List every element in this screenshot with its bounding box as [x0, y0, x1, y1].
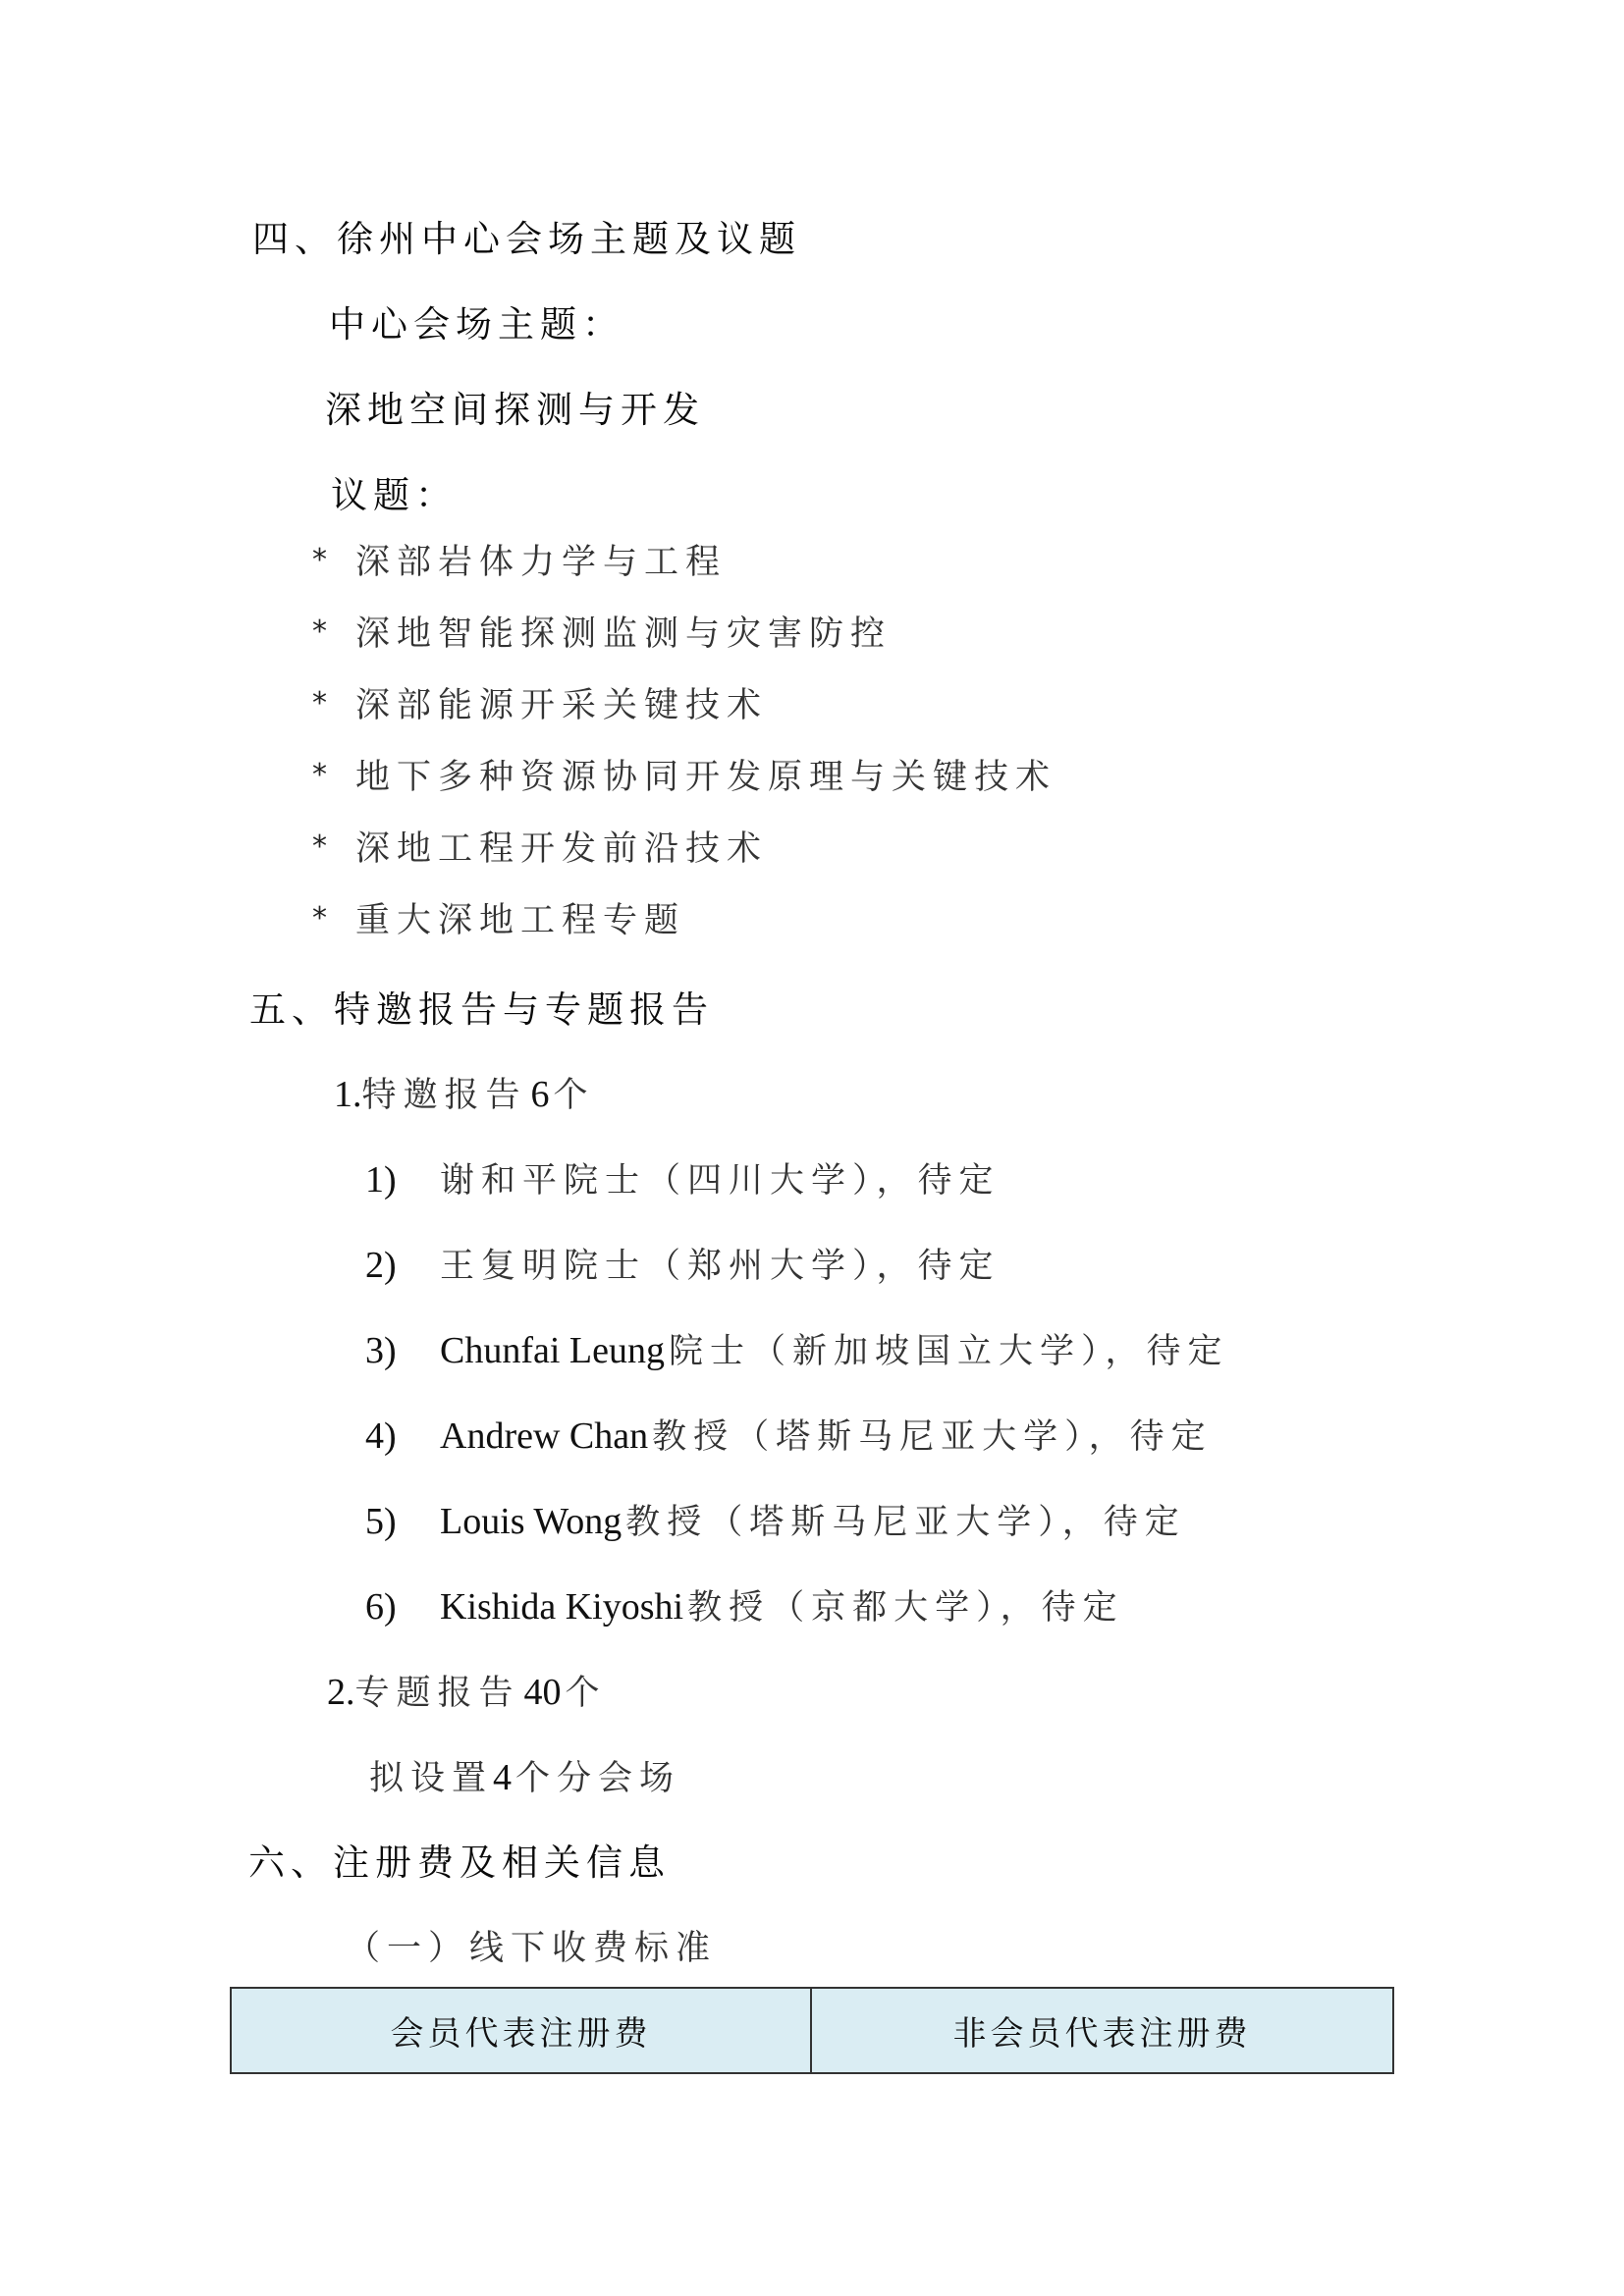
speaker-item: 3)Chunfai Leung 院士（新加坡国立大学），待定: [365, 1332, 1229, 1369]
speaker-item: 2)王复明院士（郑州大学），待定: [365, 1247, 1001, 1284]
theme-label: 中心会场主题：: [329, 306, 624, 343]
table-header-row: 会员代表注册费 非会员代表注册费: [231, 1988, 1393, 2073]
note-number: 4: [493, 1757, 512, 1798]
section-5-heading: 五、特邀报告与专题报告: [249, 991, 714, 1028]
asterisk-bullet-icon: *: [312, 904, 327, 934]
speaker-number: 3): [365, 1332, 440, 1369]
topic-text: 深部能源开采关键技术: [355, 689, 768, 723]
invited-label: 特邀报告: [362, 1076, 527, 1115]
topic-text: 深部岩体力学与工程: [355, 546, 727, 580]
speaker-number: 4): [365, 1417, 440, 1455]
invited-unit: 个: [554, 1076, 595, 1115]
speaker-detail: 谢和平院士（四川大学），待定: [440, 1161, 1001, 1201]
special-unit: 个: [566, 1674, 607, 1713]
speaker-item: 4)Andrew Chan 教授（塔斯马尼亚大学），待定: [365, 1417, 1213, 1455]
note-pre: 拟设置: [369, 1759, 493, 1798]
asterisk-bullet-icon: *: [312, 832, 327, 862]
speaker-detail: 教授（塔斯马尼亚大学），待定: [625, 1503, 1186, 1542]
special-label: 专题报告: [355, 1674, 520, 1713]
speaker-number: 2): [365, 1247, 440, 1284]
speaker-item: 1)谢和平院士（四川大学），待定: [365, 1161, 1001, 1199]
section-4-heading: 四、徐州中心会场主题及议题: [252, 221, 801, 257]
topic-text: 地下多种资源协同开发原理与关键技术: [355, 761, 1056, 795]
theme-text: 深地空间探测与开发: [325, 392, 705, 428]
speaker-number: 6): [365, 1588, 440, 1626]
note-post: 个分会场: [515, 1759, 680, 1798]
topics-label: 议题：: [331, 477, 458, 513]
special-prefix: 2.: [327, 1672, 355, 1713]
asterisk-bullet-icon: *: [312, 761, 327, 790]
speaker-detail: 王复明院士（郑州大学），待定: [440, 1247, 1001, 1286]
invited-reports-line: 1.特邀报告 6 个: [334, 1076, 595, 1113]
speaker-number: 1): [365, 1161, 440, 1199]
speaker-detail: 教授（塔斯马尼亚大学），待定: [652, 1417, 1213, 1457]
speaker-name: Chunfai Leung: [440, 1330, 665, 1371]
document-page: 四、徐州中心会场主题及议题 中心会场主题： 深地空间探测与开发 议题： * 深部…: [0, 0, 1624, 2296]
special-reports-line: 2.专题报告 40 个: [327, 1674, 607, 1711]
speaker-name: Kishida Kiyoshi: [440, 1586, 683, 1628]
registration-fee-table: 会员代表注册费 非会员代表注册费: [230, 1987, 1394, 2074]
section-6-heading: 六、注册费及相关信息: [248, 1844, 671, 1881]
speaker-name: Andrew Chan: [440, 1415, 648, 1457]
invited-count: 6: [531, 1074, 550, 1115]
topic-text: 深地工程开发前沿技术: [355, 832, 768, 867]
speaker-number: 5): [365, 1503, 440, 1540]
asterisk-bullet-icon: *: [312, 689, 327, 719]
asterisk-bullet-icon: *: [312, 546, 327, 575]
speaker-detail: 院士（新加坡国立大学），待定: [669, 1332, 1229, 1371]
speaker-item: 6)Kishida Kiyoshi 教授（京都大学），待定: [365, 1588, 1124, 1626]
non-member-fee-header: 非会员代表注册费: [811, 1988, 1393, 2073]
invited-prefix: 1.: [334, 1074, 362, 1115]
member-fee-header: 会员代表注册费: [231, 1988, 811, 2073]
special-count: 40: [524, 1672, 562, 1713]
speaker-item: 5)Louis Wong 教授（塔斯马尼亚大学），待定: [365, 1503, 1186, 1540]
topic-text: 重大深地工程专题: [355, 904, 685, 938]
offline-fee-subheading: （一）线下收费标准: [346, 1932, 717, 1966]
speaker-name: Louis Wong: [440, 1501, 622, 1542]
sub-venue-note: 拟设置4 个分会场: [369, 1759, 680, 1796]
topic-text: 深地智能探测监测与灾害防控: [355, 617, 892, 652]
speaker-detail: 教授（京都大学），待定: [687, 1588, 1124, 1628]
asterisk-bullet-icon: *: [312, 617, 327, 647]
